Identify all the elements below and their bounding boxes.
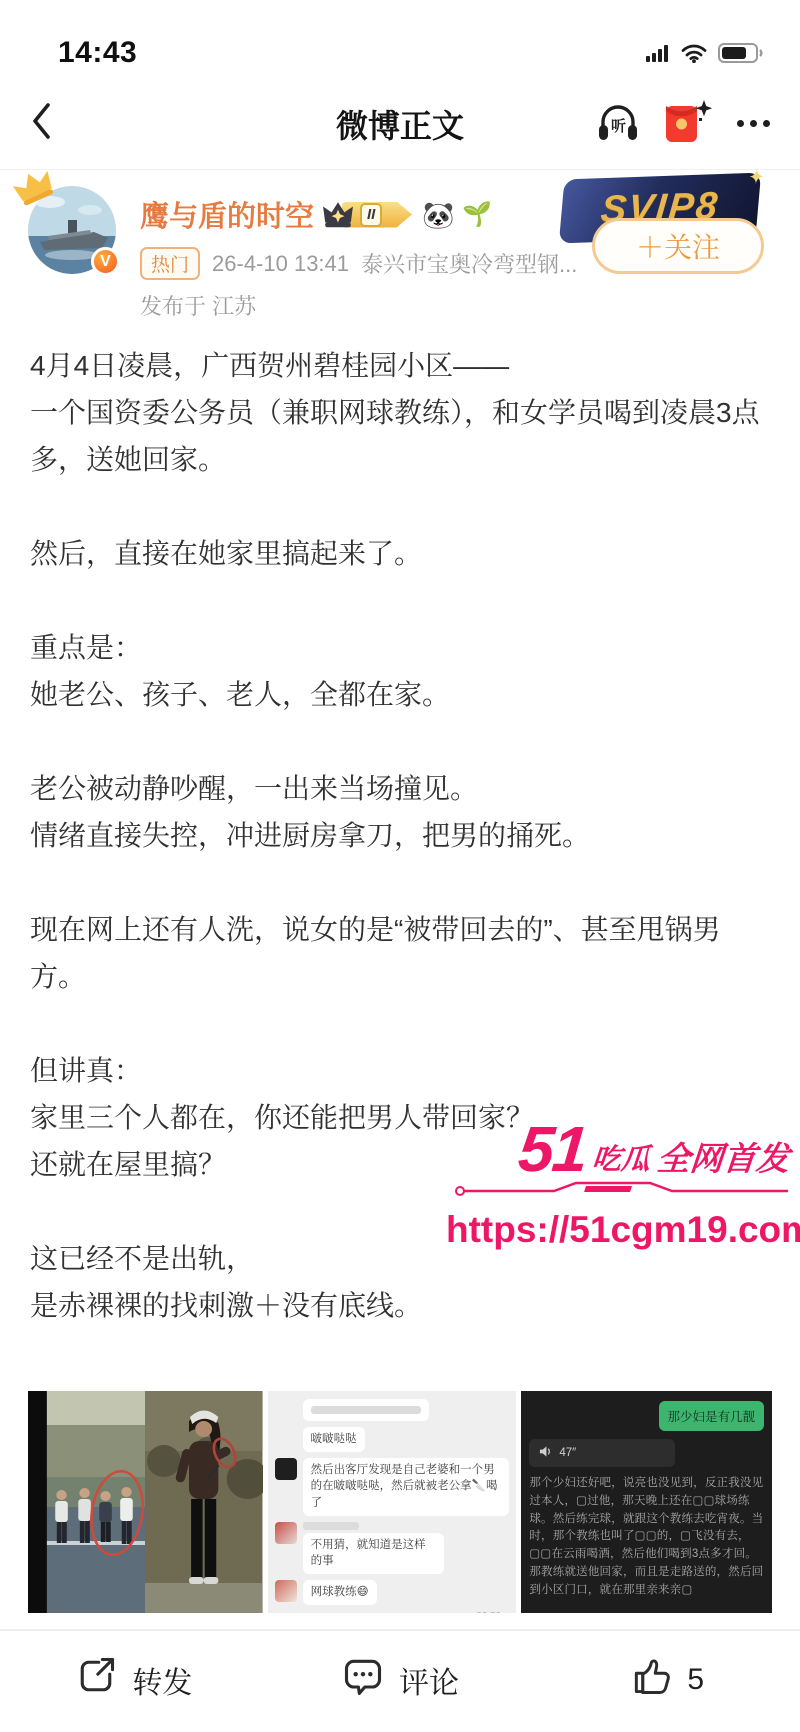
post-paragraph: 重点是： 她老公、孩子、老人，全都在家。 xyxy=(30,624,770,718)
sprout-emoji: 🌱 xyxy=(462,203,492,227)
chat-long-message: 那个少妇还好吧，说亮也没见到，反正我没见过本人，▢过他，那天晚上还在▢▢球场练球… xyxy=(529,1475,764,1600)
wifi-icon xyxy=(681,44,707,68)
image-chat-dark[interactable]: 那少妇是有几靓 47″ 那个少妇还好吧，说亮也没见到，反正我没见过本人，▢过他，… xyxy=(521,1391,772,1613)
chat-bubble: 不用猜，就知道是这样的事 xyxy=(303,1533,445,1574)
comment-icon xyxy=(341,1654,385,1706)
status-icons xyxy=(646,43,764,70)
speaker-icon xyxy=(539,1445,552,1461)
nav-bar: 微博正文 听 xyxy=(0,78,800,170)
repost-label: 转发 xyxy=(132,1658,192,1702)
chat-timestamp: 22:59 xyxy=(275,1611,510,1613)
like-count: 5 xyxy=(687,1663,704,1697)
image-chat-light[interactable]: 啵啵哒哒 然后出客厅发现是自己老婆和一个男的在啵啵哒哒，然后就被老公拿🔪喝了 不… xyxy=(268,1391,517,1613)
author-username[interactable]: 鹰与盾的时空 xyxy=(140,194,314,235)
player-3 xyxy=(99,1491,112,1542)
chat-message-row: 然后出客厅发现是自己老婆和一个男的在啵啵哒哒，然后就被老公拿🔪喝了 xyxy=(275,1458,510,1516)
vip-level-badge[interactable]: II xyxy=(322,199,414,231)
post-timestamp: 26-4-10 13:41 xyxy=(212,251,349,277)
watermark-51: 51 xyxy=(516,1122,588,1176)
post-paragraph: 4月4日凌晨，广西贺州碧桂园小区—— 一个国资委公务员（兼职网球教练），和女学员… xyxy=(30,342,770,483)
panda-emoji: 🐼 xyxy=(422,202,454,228)
vip-level-text: II xyxy=(360,203,382,227)
chat-avatar xyxy=(275,1522,297,1544)
weibo-post-page: { "status_bar": { "time": "14:43" }, "na… xyxy=(0,0,800,1732)
voice-message-bubble: 47″ xyxy=(529,1439,674,1467)
post-paragraph: 然后，直接在她家里搞起来了。 xyxy=(30,530,770,577)
voice-duration: 47″ xyxy=(559,1447,576,1459)
listen-label: 听 xyxy=(611,115,626,136)
thumbs-up-icon xyxy=(629,1654,673,1706)
chat-avatar xyxy=(275,1580,297,1602)
battery-icon xyxy=(718,43,764,68)
verified-badge: V xyxy=(91,247,120,276)
comment-label: 评论 xyxy=(399,1658,459,1702)
chat-message-row: 不用猜，就知道是这样的事 xyxy=(275,1522,510,1574)
post-paragraph: 老公被动静吵醒，一出来当场撞见。 情绪直接失控，冲进厨房拿刀，把男的捅死。 xyxy=(30,765,770,859)
action-bar: 转发 评论 5 xyxy=(0,1629,800,1729)
watermark-circuit-line xyxy=(446,1178,790,1207)
post-header: V 鹰与盾的时空 II 🐼 🌱 热门 26-4-10 13:41 泰兴市宝奥冷弯… xyxy=(0,170,800,320)
chat-bubble: 啵啵哒哒 xyxy=(303,1427,365,1452)
red-packet-icon[interactable] xyxy=(665,98,713,149)
image-tennis-photo[interactable] xyxy=(28,1391,263,1613)
chat-avatar xyxy=(275,1458,297,1480)
nav-actions: 听 xyxy=(595,98,770,149)
cellular-signal-icon xyxy=(646,45,670,67)
back-icon[interactable] xyxy=(30,94,62,153)
chat-bubble: 然后出客厅发现是自己老婆和一个男的在啵啵哒哒，然后就被老公拿🔪喝了 xyxy=(303,1458,510,1516)
hot-badge: 热门 xyxy=(140,247,200,280)
post-paragraph: 现在网上还有人洗，说女的是“被带回去的”、甚至甩锅男方。 xyxy=(30,906,770,1000)
repost-button[interactable]: 转发 xyxy=(0,1654,267,1706)
repost-icon xyxy=(74,1654,118,1706)
post-images: 啵啵哒哒 然后出客厅发现是自己老婆和一个男的在啵啵哒哒，然后就被老公拿🔪喝了 不… xyxy=(28,1391,772,1613)
like-button[interactable]: 5 xyxy=(533,1654,800,1706)
post-source[interactable]: 泰兴市宝奥冷弯型钢... xyxy=(361,248,577,279)
chat-bubble xyxy=(303,1399,429,1421)
tennis-group-photo xyxy=(28,1391,145,1613)
comment-button[interactable]: 评论 xyxy=(267,1654,534,1706)
clock: 14:43 xyxy=(58,36,137,70)
publish-location: 发布于 江苏 xyxy=(140,290,772,321)
listen-article-icon[interactable]: 听 xyxy=(595,99,641,148)
chat-message-row: 网球教练😄 xyxy=(275,1580,510,1605)
51chigua-watermark: 51 吃瓜 全网首发 https://51cgm19.com xyxy=(446,1122,790,1251)
chat-sent-bubble: 那少妇是有几靓 xyxy=(659,1401,765,1431)
watermark-url: https://51cgm19.com xyxy=(446,1209,790,1251)
avatar[interactable]: V xyxy=(28,186,116,274)
watermark-tagline: 全网首发 xyxy=(656,1142,791,1177)
watermark-chigua: 吃瓜 xyxy=(591,1145,652,1177)
chat-bubble: 网球教练😄 xyxy=(303,1580,377,1605)
tennis-woman-photo xyxy=(145,1391,262,1613)
vip-crown-icon xyxy=(322,200,354,235)
status-bar: 14:43 xyxy=(0,0,800,78)
more-options-icon[interactable] xyxy=(737,114,770,133)
follow-button[interactable]: ＋关注 xyxy=(592,218,764,274)
watermark-brand: 51 吃瓜 全网首发 xyxy=(444,1122,793,1176)
sparkle-icon: ✦ xyxy=(747,164,766,190)
